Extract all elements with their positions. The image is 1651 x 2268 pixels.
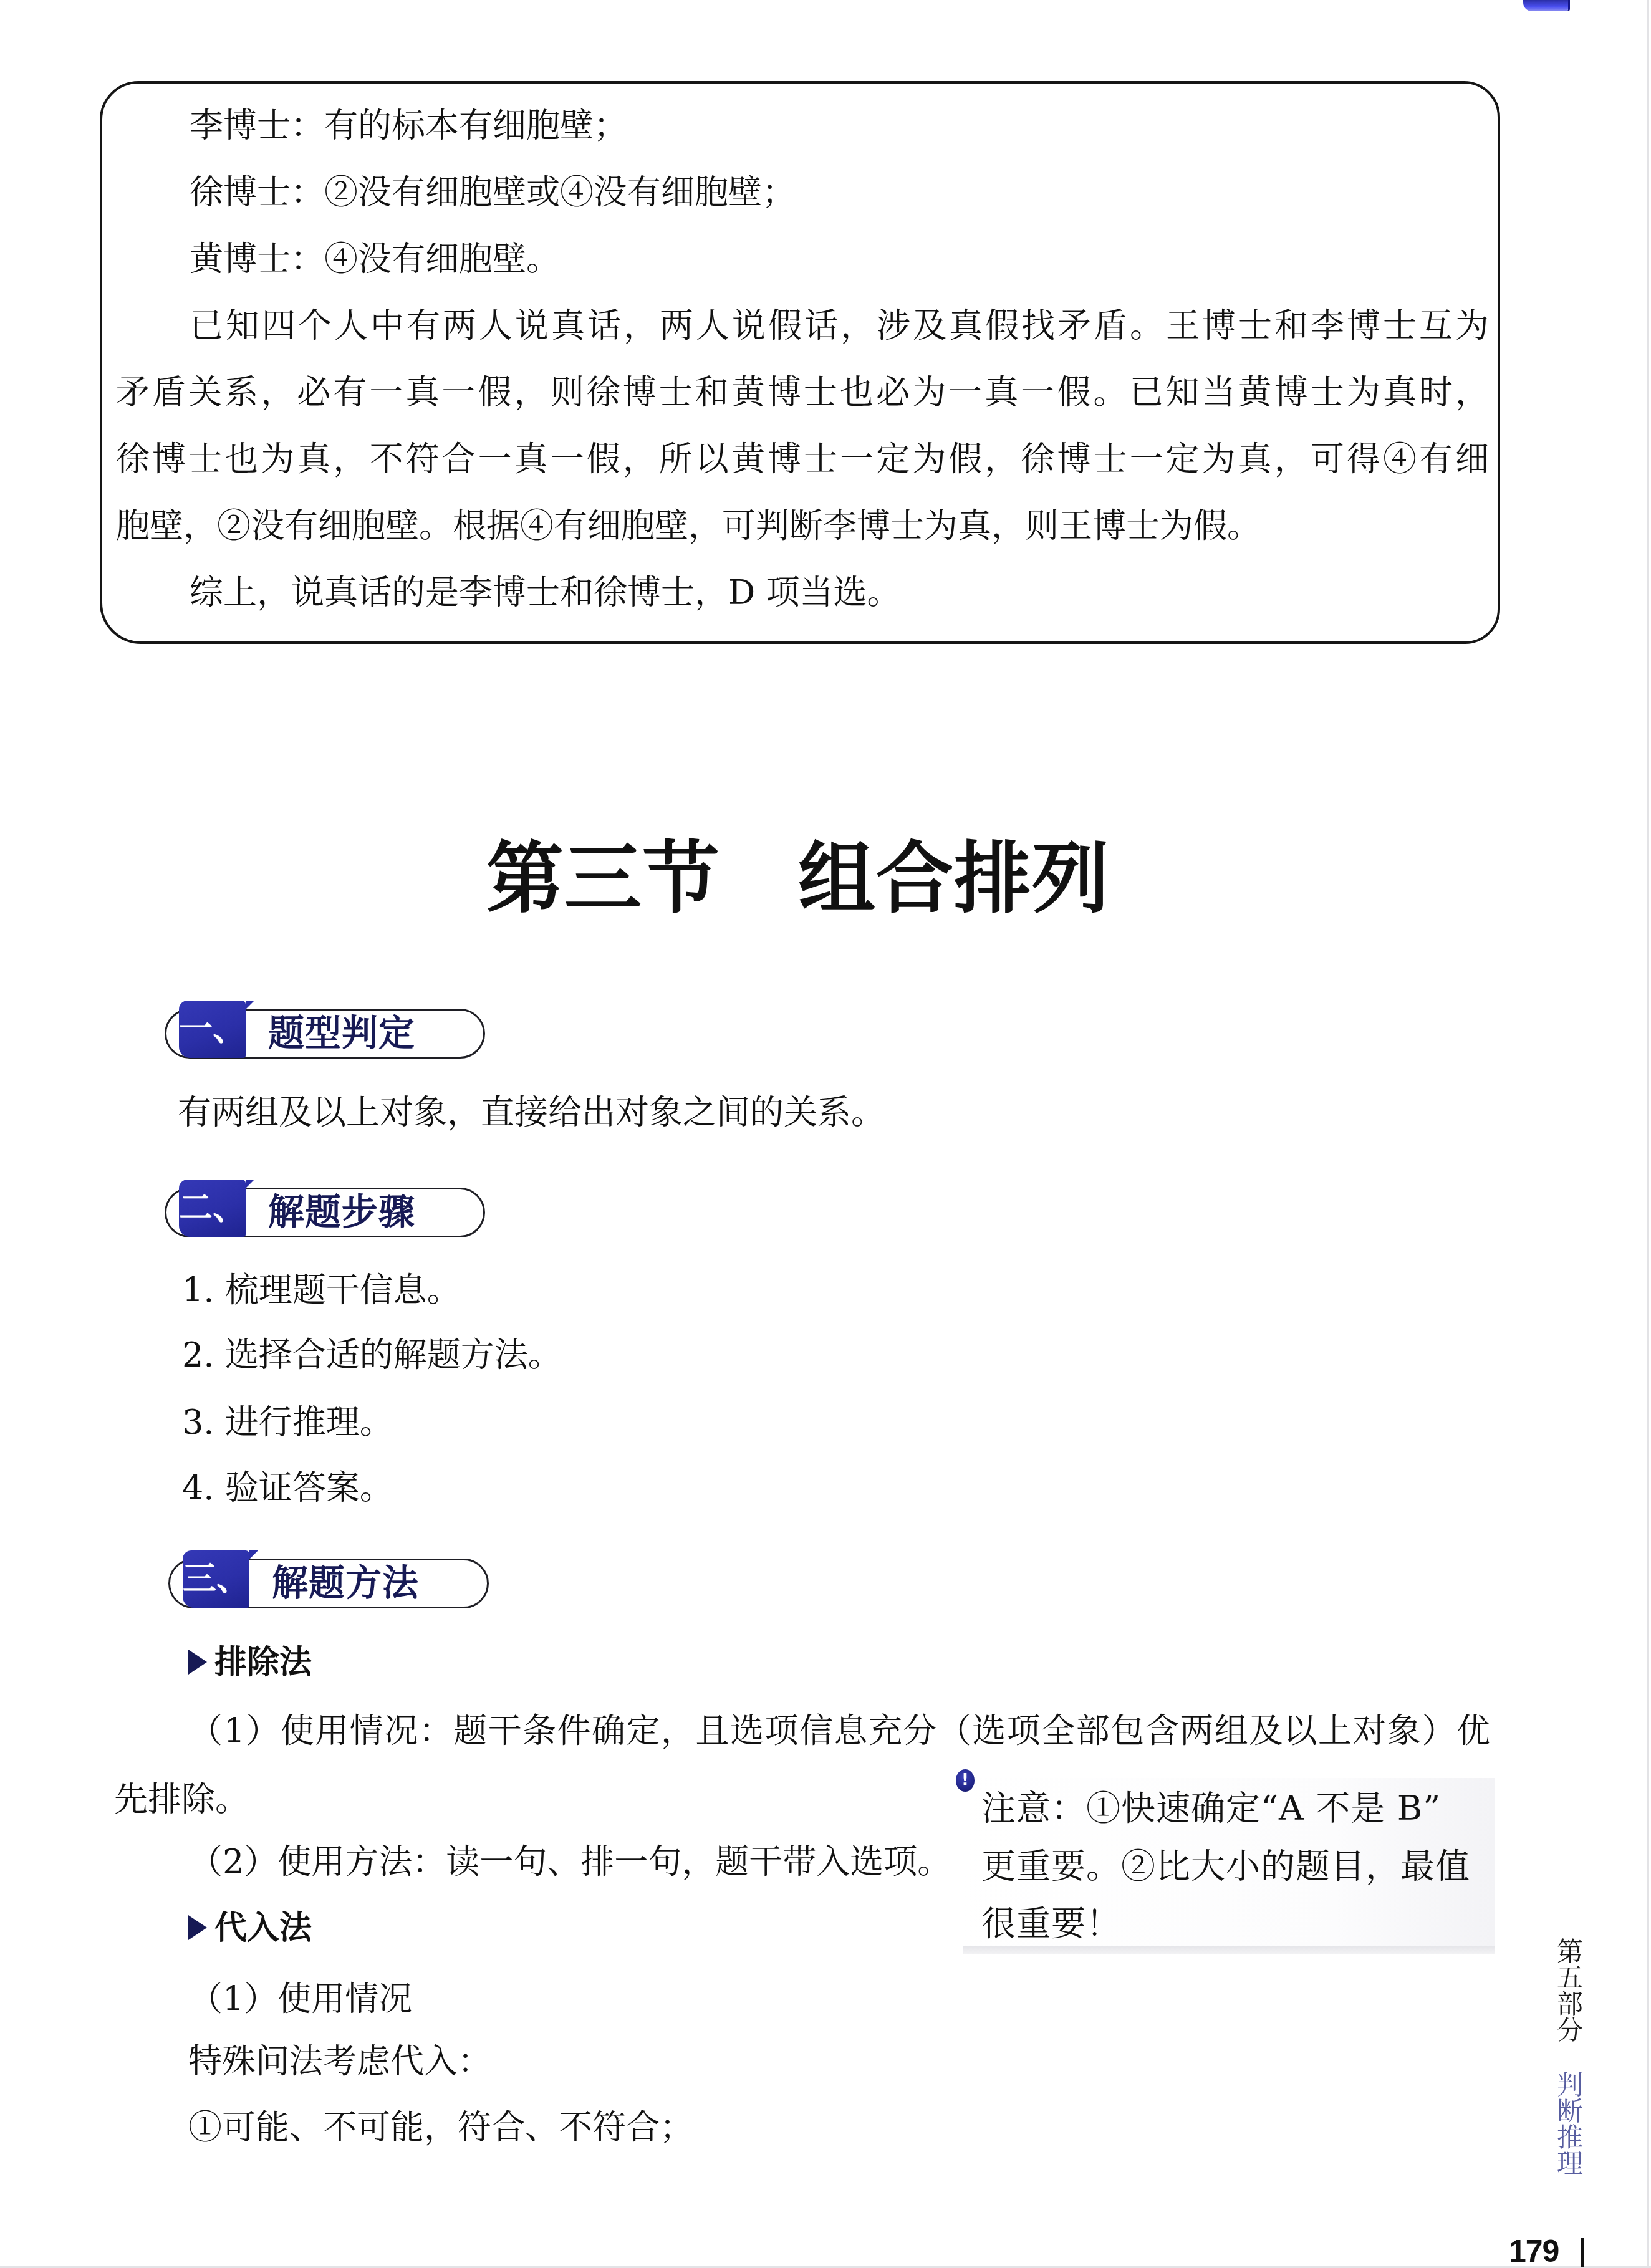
section-header-title: 解题步骤 — [268, 1189, 415, 1235]
side-tab-part: 第五部分 — [1554, 1938, 1582, 2042]
answer-line-xu: 徐博士：②没有细胞壁或④没有细胞壁； — [116, 159, 1489, 226]
answer-reasoning-line: 已知四个人中有两人说真话，两人说假话，涉及真假找矛盾。王博士和李博士互为 — [116, 292, 1489, 359]
page-number: 179 — [1509, 2236, 1559, 2267]
answer-reasoning-line: 矛盾关系，必有一真一假，则徐博士和黄博士也必为一真一假。已知当黄博士为真时， — [116, 359, 1489, 426]
step-item: 4. 验证答案。 — [182, 1468, 393, 1508]
method-line: 特殊问法考虑代入： — [188, 2042, 491, 2082]
answer-line-huang: 黄博士：④没有细胞壁。 — [116, 226, 1489, 292]
step-item: 3. 进行推理。 — [182, 1403, 393, 1443]
triangle-bullet-icon — [188, 1650, 207, 1675]
section-title: 第三节 组合排列 — [436, 835, 1160, 923]
page-edge-right — [1647, 0, 1649, 2268]
note-line: 很重要！ — [981, 1903, 1121, 1943]
section-number-badge: 一、 — [179, 1001, 246, 1058]
section-paragraph: 有两组及以上对象，直接给出对象之间的关系。 — [178, 1093, 885, 1133]
section-header-title: 解题方法 — [272, 1560, 419, 1606]
side-tab-subject: 判断推理 — [1554, 2071, 1582, 2176]
section-header-solving-methods: 三、 解题方法 — [168, 1559, 489, 1608]
note-line: 更重要。②比大小的题目，最值 — [981, 1846, 1470, 1886]
section-number: 一、 — [179, 1009, 246, 1049]
corner-blue-mark — [1523, 0, 1568, 11]
method-line: （2）使用方法：读一句、排一句，题干带入选项。 — [189, 1842, 951, 1882]
section-header-type-judgment: 一、 题型判定 — [165, 1009, 485, 1059]
answer-conclusion-line: 综上，说真话的是李博士和徐博士，D 项当选。 — [116, 559, 1489, 626]
section-number-badge: 二、 — [179, 1180, 246, 1237]
step-item: 1. 梳理题干信息。 — [182, 1271, 461, 1310]
method-name: 排除法 — [214, 1644, 312, 1681]
note-line: 注意：①快速确定“A 不是 B” — [981, 1788, 1441, 1828]
step-item: 2. 选择合适的解题方法。 — [182, 1335, 562, 1375]
answer-explanation-text: 李博士：有的标本有细胞壁； 徐博士：②没有细胞壁或④没有细胞壁； 黄博士：④没有… — [116, 92, 1489, 626]
section-number: 二、 — [179, 1188, 246, 1228]
exclamation-icon: ! — [956, 1769, 975, 1792]
answer-reasoning-line: 徐博士也为真，不符合一真一假，所以黄博士一定为假，徐博士一定为真，可得④有细 — [116, 426, 1489, 493]
section-header-title: 题型判定 — [268, 1011, 415, 1056]
method-name: 代入法 — [214, 1910, 312, 1947]
method-line: ①可能、不可能，符合、不符合； — [188, 2108, 693, 2148]
triangle-bullet-icon — [188, 1915, 207, 1940]
answer-reasoning-line: 胞壁，②没有细胞壁。根据④有细胞壁，可判断李博士为真，则王博士为假。 — [116, 493, 1489, 559]
method-line: 先排除。 — [114, 1780, 249, 1820]
method-line: （1）使用情况 — [189, 1979, 412, 2019]
section-header-solving-steps: 二、 解题步骤 — [165, 1188, 485, 1237]
method-heading-substitution: 代入法 — [188, 1908, 312, 1948]
method-heading-elimination: 排除法 — [188, 1643, 312, 1683]
method-line: （1）使用情况：题干条件确定，且选项信息充分（选项全部包含两组及以上对象）优 — [189, 1711, 1490, 1751]
page-number-divider — [1581, 2238, 1584, 2267]
answer-line-li: 李博士：有的标本有细胞壁； — [116, 92, 1489, 159]
note-callout-shadow — [963, 1946, 1495, 1954]
section-number-badge: 三、 — [183, 1550, 249, 1608]
section-number: 三、 — [183, 1559, 250, 1598]
